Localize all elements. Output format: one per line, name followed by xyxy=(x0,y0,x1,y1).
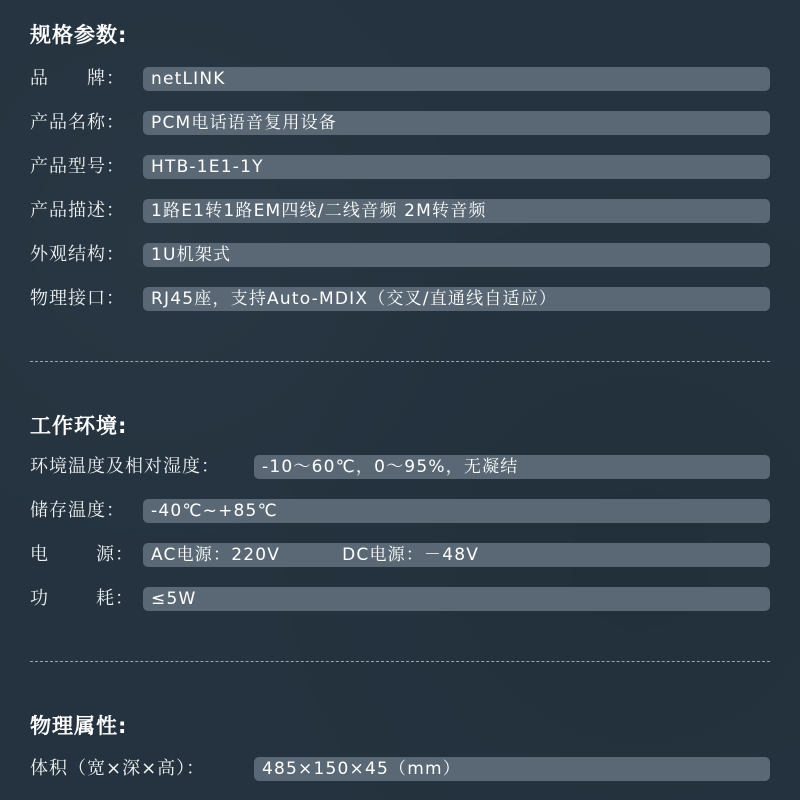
env-label-consumption: 功 耗： xyxy=(30,587,134,611)
phys-row-dimensions: 体积（宽×深×高）： 485×150×45（mm） xyxy=(30,757,770,781)
spec-row-brand: 品 牌： netLINK xyxy=(30,67,770,91)
spec-row-model: 产品型号： HTB-1E1-1Y xyxy=(30,155,770,179)
spec-row-interface: 物理接口： RJ45座，支持Auto-MDIX（交叉/直通线自适应） xyxy=(30,287,770,311)
env-value-consumption: ≤5W xyxy=(143,587,770,611)
env-value-power-dc: DC电源：－48V xyxy=(342,545,479,565)
env-label-power-a: 电 xyxy=(30,543,49,567)
section-title-environment: 工作环境: xyxy=(30,414,127,438)
env-label-power: 电 源： xyxy=(30,543,134,567)
section-title-specs: 规格参数: xyxy=(30,23,127,47)
spec-value-description: 1路E1转1路EM四线/二线音频 2M转音频 xyxy=(143,199,770,223)
phys-value-dimensions: 485×150×45（mm） xyxy=(254,757,770,781)
env-row-operating: 环境温度及相对湿度： -10～60℃，0～95%，无凝结 xyxy=(30,455,770,479)
env-row-storage: 储存温度： -40℃~+85℃ xyxy=(30,499,770,523)
spec-value-model: HTB-1E1-1Y xyxy=(143,155,770,179)
section-title-physical: 物理属性: xyxy=(30,714,127,738)
spec-row-description: 产品描述： 1路E1转1路EM四线/二线音频 2M转音频 xyxy=(30,199,770,223)
spec-label-model: 产品型号： xyxy=(30,155,125,179)
section-divider xyxy=(30,661,770,662)
spec-value-product-name: PCM电话语音复用设备 xyxy=(143,111,770,135)
spec-label-interface: 物理接口： xyxy=(30,287,125,311)
env-value-power-ac: AC电源：220V xyxy=(151,545,280,565)
env-row-consumption: 功 耗： ≤5W xyxy=(30,587,770,611)
env-label-power-b: 源： xyxy=(96,543,134,567)
env-label-storage: 储存温度： xyxy=(30,499,125,523)
phys-label-dimensions: 体积（宽×深×高）： xyxy=(30,757,205,781)
spec-label-product-name: 产品名称： xyxy=(30,111,125,135)
env-label-consumption-a: 功 xyxy=(30,587,49,611)
section-divider xyxy=(30,361,770,362)
env-value-storage: -40℃~+85℃ xyxy=(143,499,770,523)
spec-row-product-name: 产品名称： PCM电话语音复用设备 xyxy=(30,111,770,135)
spec-value-interface: RJ45座，支持Auto-MDIX（交叉/直通线自适应） xyxy=(143,287,770,311)
env-label-operating: 环境温度及相对湿度： xyxy=(30,455,220,479)
env-row-power: 电 源： AC电源：220VDC电源：－48V xyxy=(30,543,770,567)
spec-label-brand: 品 牌： xyxy=(30,67,138,91)
spec-label-form-factor: 外观结构： xyxy=(30,243,125,267)
spec-value-brand: netLINK xyxy=(143,67,770,91)
spec-row-form-factor: 外观结构： 1U机架式 xyxy=(30,243,770,267)
spec-value-form-factor: 1U机架式 xyxy=(143,243,770,267)
env-value-operating: -10～60℃，0～95%，无凝结 xyxy=(254,455,770,479)
env-value-power: AC电源：220VDC电源：－48V xyxy=(143,543,770,567)
spec-label-description: 产品描述： xyxy=(30,199,125,223)
env-label-consumption-b: 耗： xyxy=(96,587,134,611)
